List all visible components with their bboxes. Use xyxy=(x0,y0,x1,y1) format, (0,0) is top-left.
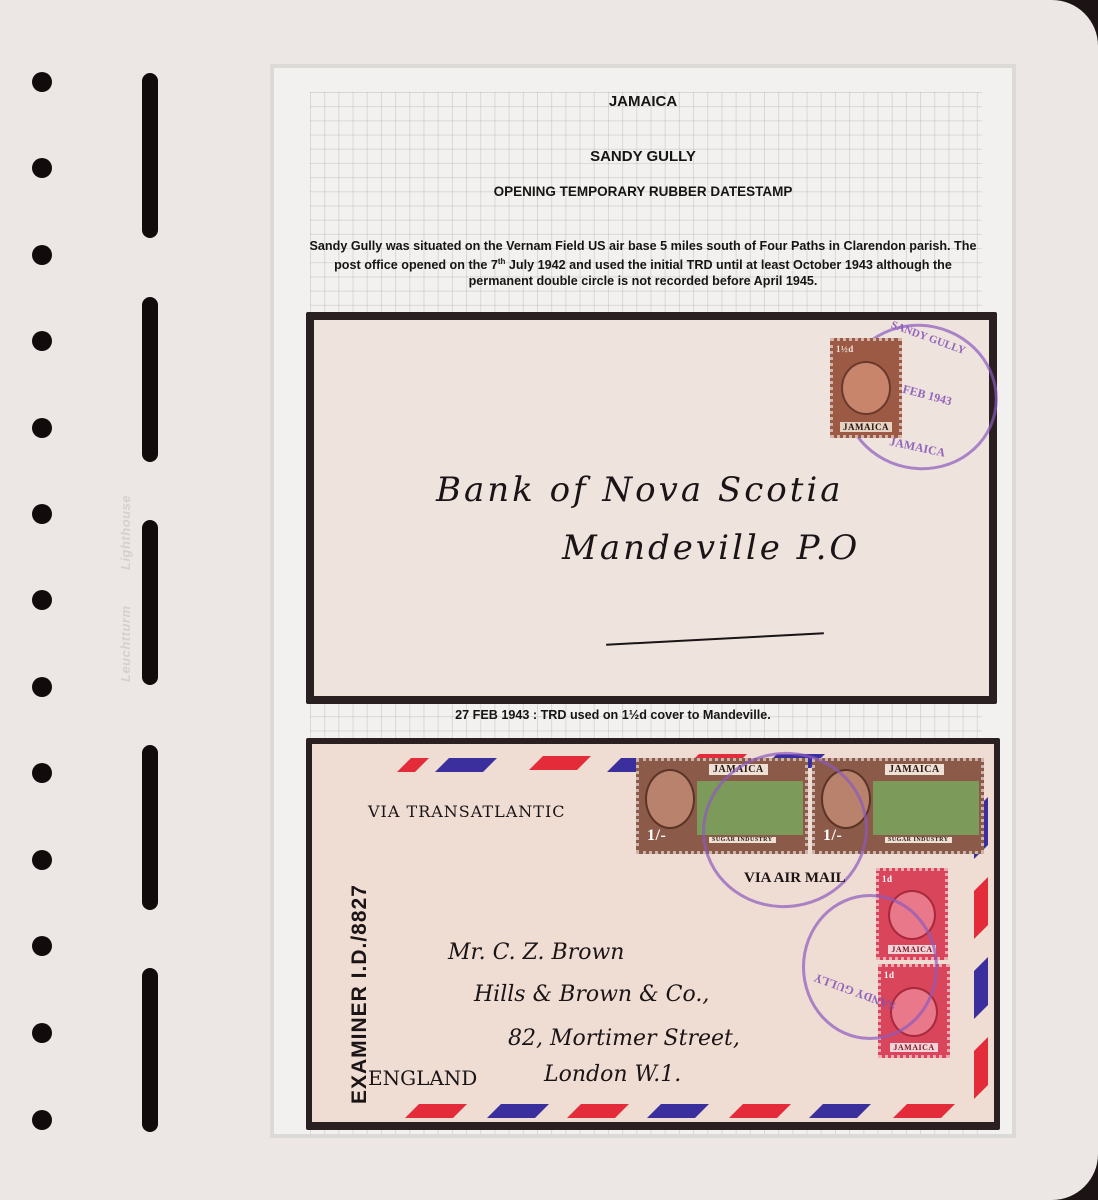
binder-hole xyxy=(32,158,52,178)
underline-stroke xyxy=(606,632,824,645)
airmail-stripe-blue xyxy=(647,1104,709,1118)
address-line-3: 82, Mortimer Street, xyxy=(508,1026,740,1051)
binder-hole xyxy=(32,936,52,956)
airmail-stripe-blue xyxy=(487,1104,549,1118)
airmail-stripe-red xyxy=(405,1104,467,1118)
binder-slot xyxy=(142,968,158,1132)
binder-hole xyxy=(32,1110,52,1130)
stamp-country: JAMAICA xyxy=(885,764,944,775)
airmail-stripe-red xyxy=(729,1104,791,1118)
stamp-country: JAMAICA xyxy=(890,1043,937,1052)
stamp-value: 1d xyxy=(882,874,893,884)
stamp-design: SUGAR INDUSTRY xyxy=(885,837,952,843)
binder-hole xyxy=(32,331,52,351)
album-page: Leuchtturm Lighthouse JAMAICA SANDY GULL… xyxy=(0,0,1098,1200)
page-description: Sandy Gully was situated on the Vernam F… xyxy=(274,238,1012,289)
binder-hole xyxy=(32,850,52,870)
airmail-stripe-red xyxy=(974,1037,988,1099)
binder-hole xyxy=(32,504,52,524)
cover-1-caption: 27 FEB 1943 : TRD used on 1½d cover to M… xyxy=(214,708,1012,722)
binder-hole xyxy=(32,418,52,438)
airmail-stripe-red xyxy=(529,756,591,770)
airmail-stripe-red xyxy=(397,758,429,772)
airmail-stripe-blue xyxy=(435,758,497,772)
stamp-value: 1½d xyxy=(836,344,854,354)
binder-hole xyxy=(32,590,52,610)
country-note: ENGLAND xyxy=(368,1066,477,1090)
cover-mount-2: EXAMINER I.D./8827 VIA TRANSATLANTIC JAM… xyxy=(306,738,1000,1130)
address-line-1: Mr. C. Z. Brown xyxy=(448,940,624,965)
binder-slot xyxy=(142,520,158,685)
king-portrait-icon xyxy=(645,769,695,829)
binder-hole xyxy=(32,245,52,265)
cover-mount-1: SANDY GULLY FEB 1943 JAMAICA 1½d JAMAICA… xyxy=(306,312,997,704)
page-subtitle: SANDY GULLY xyxy=(274,148,1012,165)
address-line-4: London W.1. xyxy=(544,1062,681,1087)
airmail-stripe-red xyxy=(893,1104,955,1118)
watermark-leuchtturm: Leuchtturm xyxy=(118,606,133,683)
airmail-stripe-red xyxy=(567,1104,629,1118)
binder-slot xyxy=(142,73,158,238)
page-heading: OPENING TEMPORARY RUBBER DATESTAMP xyxy=(274,184,1012,199)
binder-slot xyxy=(142,745,158,910)
address-line-1: Bank of Nova Scotia xyxy=(436,470,844,510)
album-sheet: JAMAICA SANDY GULLY OPENING TEMPORARY RU… xyxy=(270,64,1016,1138)
cover-1: SANDY GULLY FEB 1943 JAMAICA 1½d JAMAICA… xyxy=(314,320,989,696)
page-title: JAMAICA xyxy=(274,93,1012,110)
watermark-lighthouse: Lighthouse xyxy=(118,495,133,570)
route-note: VIA TRANSATLANTIC xyxy=(368,802,566,821)
airmail-stripe-blue xyxy=(809,1104,871,1118)
airmail-stripe-blue xyxy=(974,957,988,1019)
stamp-value: 1/- xyxy=(647,827,666,845)
stamp-1-5d: 1½d JAMAICA xyxy=(830,338,902,438)
sugar-industry-vignette xyxy=(873,781,979,835)
binder-slot xyxy=(142,297,158,462)
airmail-stripe-red xyxy=(974,877,988,939)
king-portrait-icon xyxy=(841,361,891,415)
binder-hole xyxy=(32,763,52,783)
stamp-country: JAMAICA xyxy=(840,422,892,432)
binder-hole xyxy=(32,1023,52,1043)
cover-2: EXAMINER I.D./8827 VIA TRANSATLANTIC JAM… xyxy=(312,744,994,1122)
binder-hole xyxy=(32,677,52,697)
address-line-2: Hills & Brown & Co., xyxy=(474,982,709,1007)
airmail-label: VIA AIR MAIL xyxy=(744,870,846,887)
address-line-2: Mandeville P.O xyxy=(562,528,860,568)
circular-datestamp xyxy=(802,894,938,1040)
binder-hole xyxy=(32,72,52,92)
